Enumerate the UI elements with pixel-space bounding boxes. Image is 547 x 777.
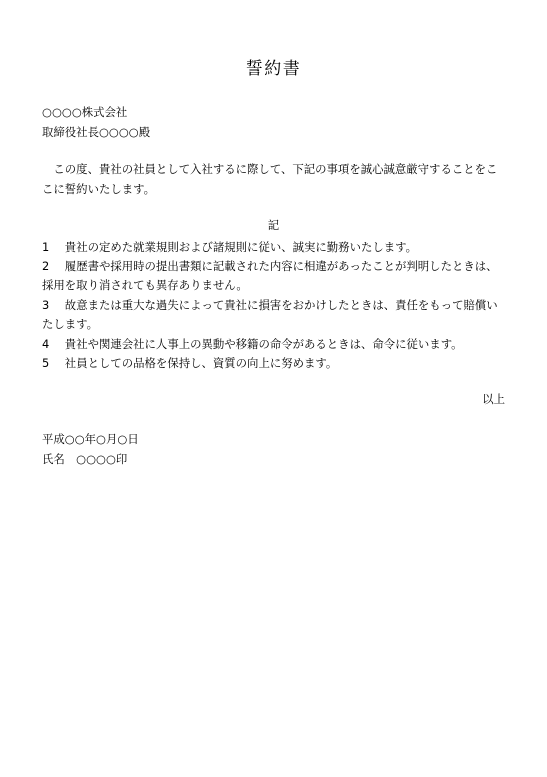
pledge-item: 2 履歴書や採用時の提出書類に記載された内容に相違があったことが判明したときは、… [42, 257, 505, 296]
pledge-items: 1 貴社の定めた就業規則および諸規則に従い、誠実に勤務いたします。2 履歴書や採… [42, 238, 505, 374]
addressee-recipient: 取締役社長○○○○殿 [42, 123, 505, 143]
pledge-item-text: 履歴書や採用時の提出書類に記載された内容に相違があったことが判明したときは、採用… [42, 259, 498, 292]
pledge-item: 5 社員としての品格を保持し、資質の向上に努めます。 [42, 354, 505, 373]
signature-block: 平成○○年○月○日 氏名 ○○○○印 [42, 430, 505, 469]
pledge-item-text: 貴社の定めた就業規則および諸規則に従い、誠実に勤務いたします。 [65, 240, 417, 254]
pledge-item-text: 貴社や関連会社に人事上の異動や移籍の命令があるときは、命令に従います。 [65, 337, 463, 351]
document-title: 誓約書 [42, 56, 505, 82]
preamble-paragraph: この度、貴社の社員として入社するに際して、下記の事項を誠心誠意厳守することをここ… [42, 160, 505, 199]
pledge-item-number: 2 [42, 257, 53, 276]
pledge-item-number: 4 [42, 335, 53, 354]
addressee-block: ○○○○株式会社 取締役社長○○○○殿 [42, 103, 505, 142]
pledge-item-number: 3 [42, 296, 53, 315]
name-line: 氏名 ○○○○印 [42, 450, 505, 470]
pledge-item: 1 貴社の定めた就業規則および諸規則に従い、誠実に勤務いたします。 [42, 238, 505, 257]
pledge-item: 4 貴社や関連会社に人事上の異動や移籍の命令があるときは、命令に従います。 [42, 335, 505, 354]
date-line: 平成○○年○月○日 [42, 430, 505, 450]
pledge-document: 誓約書 ○○○○株式会社 取締役社長○○○○殿 この度、貴社の社員として入社する… [0, 0, 547, 469]
pledge-item-number: 5 [42, 354, 53, 373]
pledge-item: 3 故意または重大な過失によって貴社に損害をおかけしたときは、責任をもって賠償い… [42, 296, 505, 335]
pledge-item-text: 社員としての品格を保持し、資質の向上に努めます。 [65, 356, 337, 370]
pledge-item-text: 故意または重大な過失によって貴社に損害をおかけしたときは、責任をもって賠償いたし… [42, 298, 498, 331]
pledge-item-number: 1 [42, 238, 53, 257]
closing-word: 以上 [42, 390, 505, 410]
record-marker: 記 [42, 216, 505, 236]
addressee-company: ○○○○株式会社 [42, 103, 505, 123]
document-page: 誓約書 ○○○○株式会社 取締役社長○○○○殿 この度、貴社の社員として入社する… [0, 0, 547, 777]
